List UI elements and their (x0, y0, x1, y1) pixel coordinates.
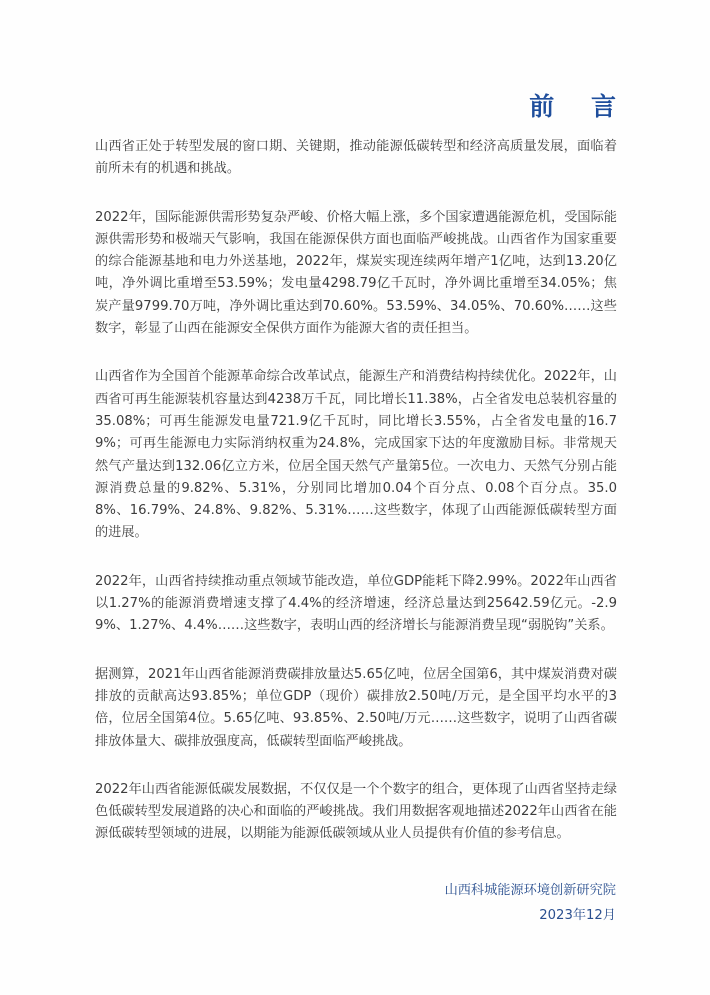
signature-organization: 山西科城能源环境创新研究院 (445, 878, 616, 903)
paragraph-energy-structure: 山西省作为全国首个能源革命综合改革试点，能源生产和消费结构持续优化。2022年，… (95, 366, 617, 544)
paragraph-energy-efficiency: 2022年，山西省持续推动重点领域节能改造，单位GDP能耗下降2.99%。202… (95, 571, 617, 638)
paragraph-carbon-emissions: 据测算，2021年山西省能源消费碳排放量达5.65亿吨，位居全国第6，其中煤炭消… (95, 664, 617, 753)
preface-body: 山西省正处于转型发展的窗口期、关键期，推动能源低碳转型和经济高质量发展，面临着前… (95, 136, 617, 872)
document-page: 前 言 山西省正处于转型发展的窗口期、关键期，推动能源低碳转型和经济高质量发展，… (0, 0, 710, 995)
paragraph-conclusion: 2022年山西省能源低碳发展数据，不仅仅是一个个数字的组合，更体现了山西省坚持走… (95, 779, 617, 846)
paragraph-energy-supply: 2022年，国际能源供需形势复杂严峻、价格大幅上涨，多个国家遭遇能源危机，受国际… (95, 207, 617, 341)
page-title: 前 言 (529, 90, 630, 124)
signature-date: 2023年12月 (445, 903, 616, 928)
paragraph-intro: 山西省正处于转型发展的窗口期、关键期，推动能源低碳转型和经济高质量发展，面临着前… (95, 136, 617, 181)
signature-block: 山西科城能源环境创新研究院 2023年12月 (445, 878, 616, 928)
